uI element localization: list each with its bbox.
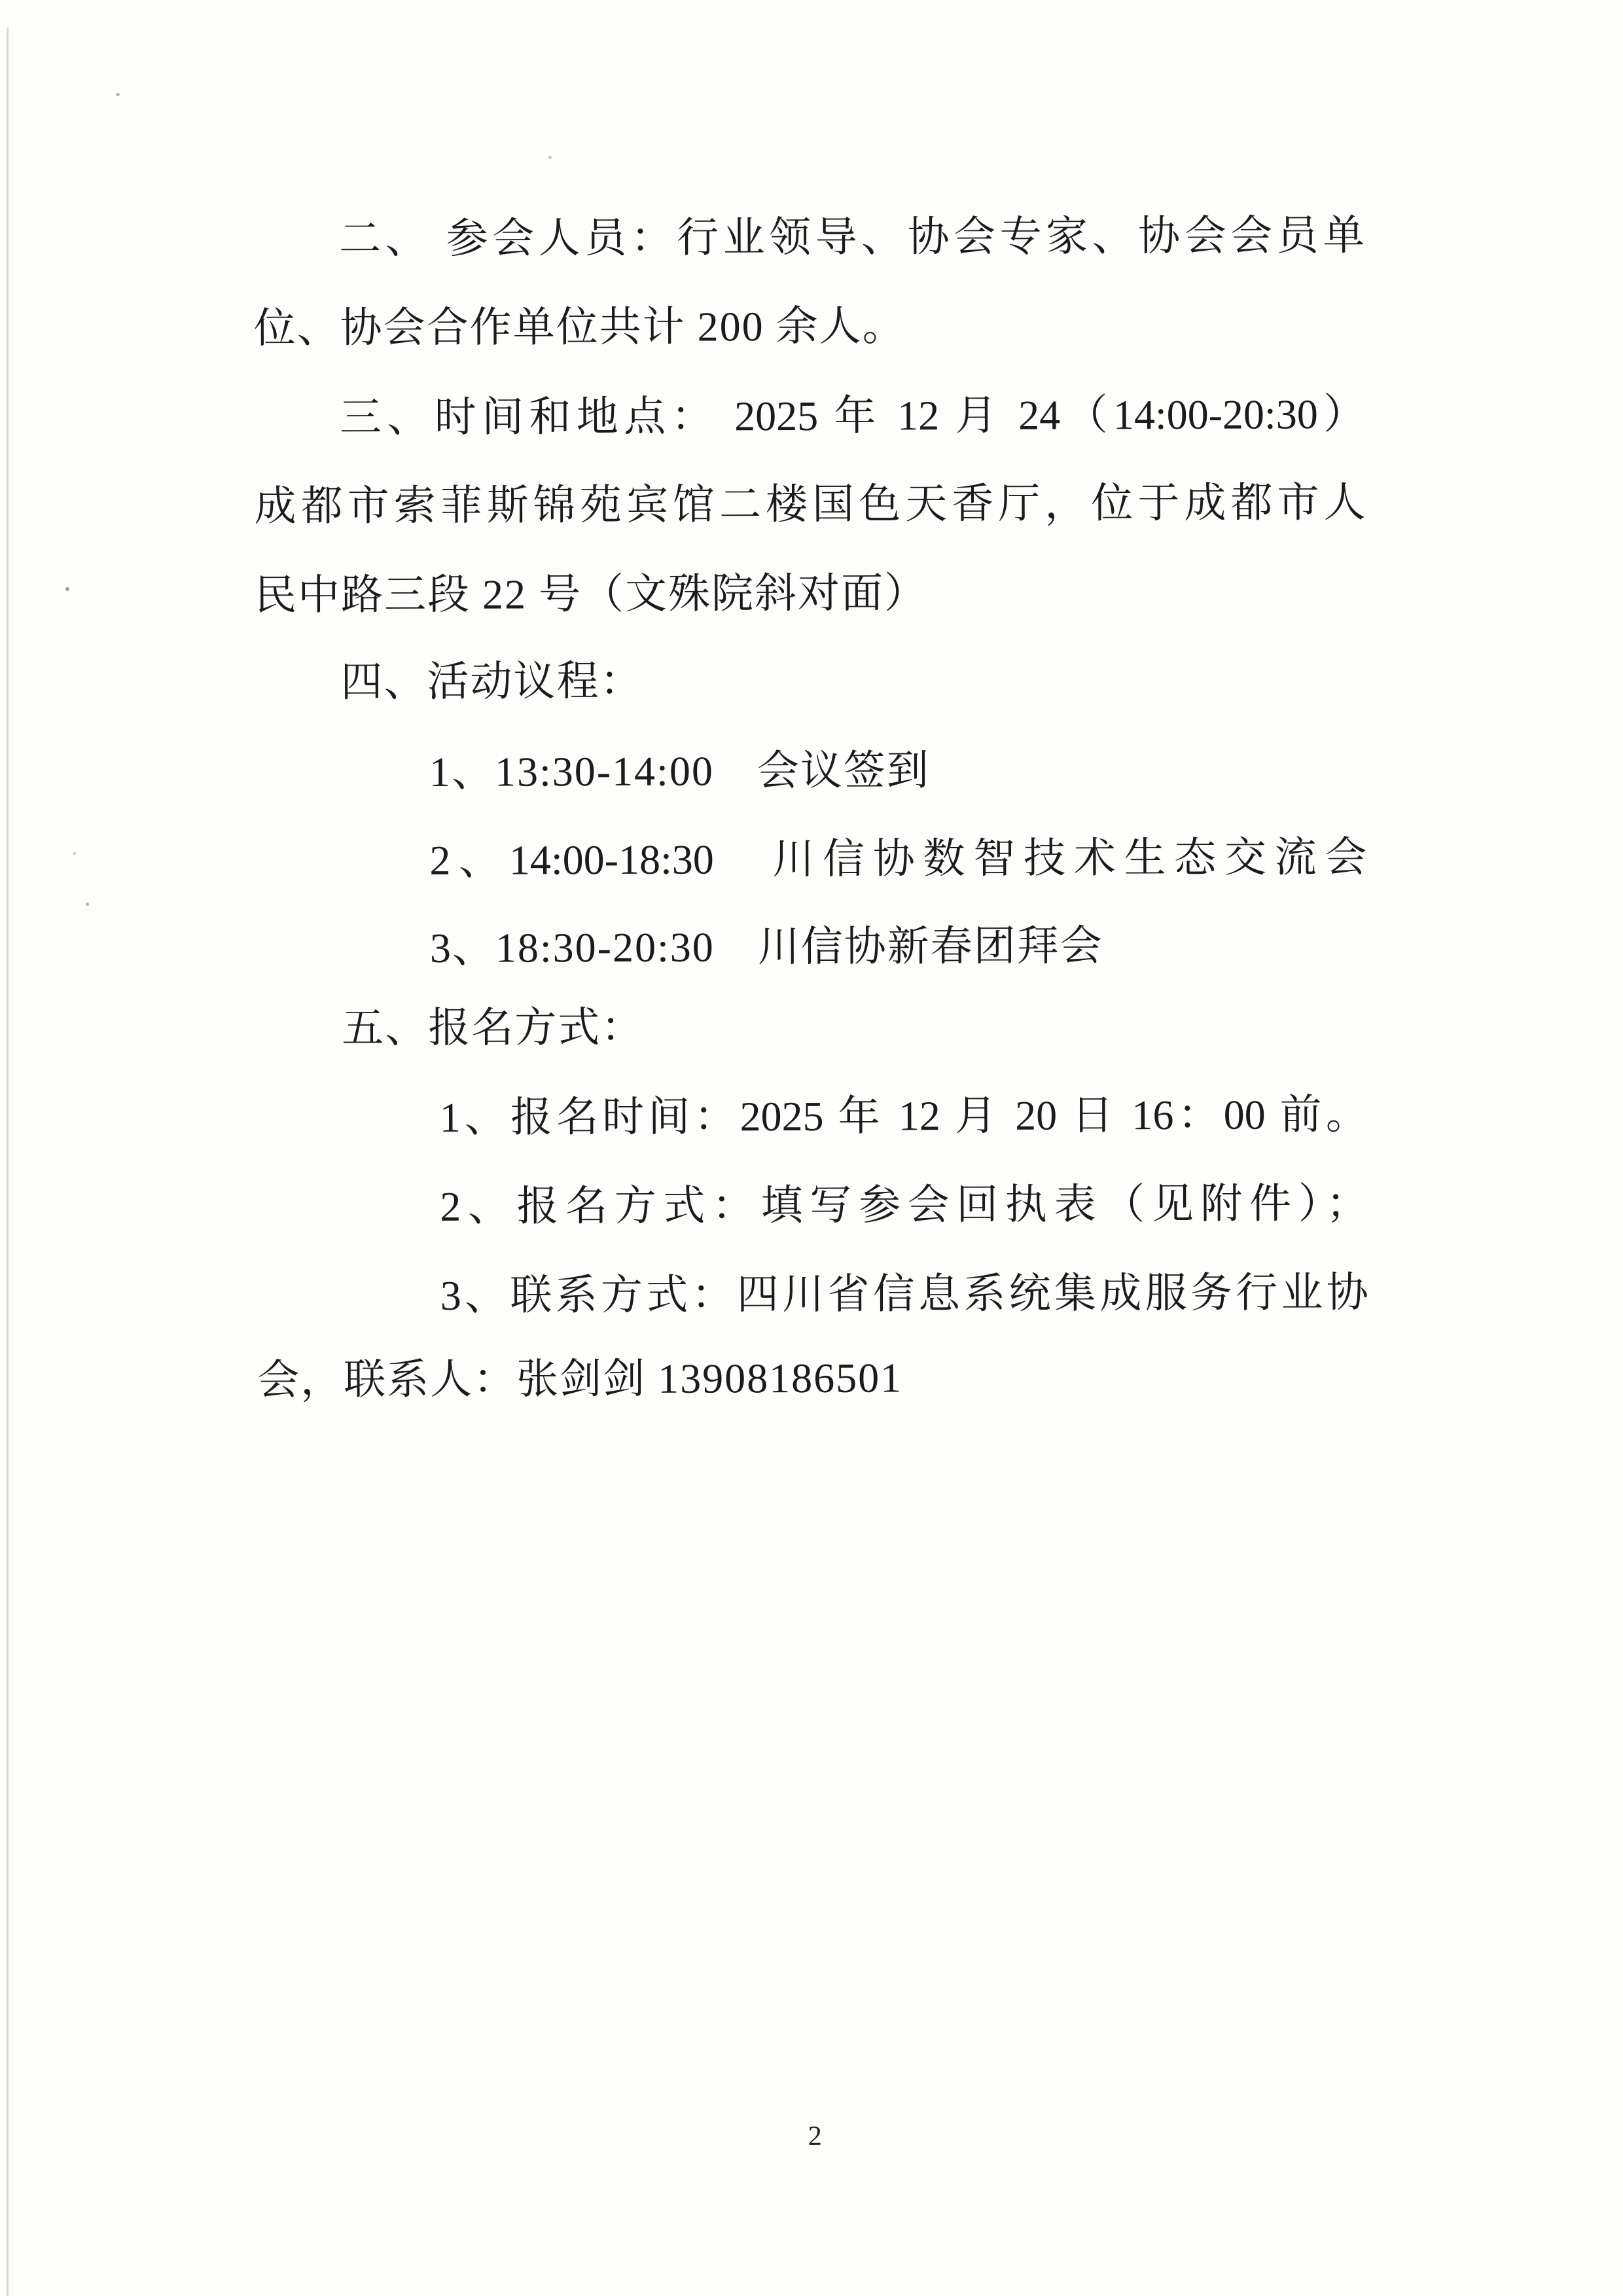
scan-speck bbox=[73, 852, 76, 855]
body-line: 民中路三段 22 号（文殊院斜对面） bbox=[255, 564, 927, 624]
body-line: 四、活动议程： bbox=[340, 653, 643, 711]
page-number: 2 bbox=[3, 2118, 1623, 2155]
body-line: 3、18:30-20:30 川信协新春团拜会 bbox=[430, 917, 1103, 977]
body-line: 五、报名方式： bbox=[342, 999, 644, 1058]
scan-speck bbox=[116, 93, 120, 96]
body-line: 3、联系方式：四川省信息系统集成服务行业协 bbox=[440, 1264, 1368, 1325]
body-line: 二、 参会人员：行业领导、协会专家、协会会员单 bbox=[339, 207, 1364, 268]
document-page: 二、 参会人员：行业领导、协会专家、协会会员单 位、协会合作单位共计 200 余… bbox=[0, 0, 1623, 2296]
body-line: 2、报名方式：填写参会回执表（见附件）； bbox=[440, 1175, 1368, 1236]
body-line: 成都市索菲斯锦苑宾馆二楼国色天香厅，位于成都市人 bbox=[254, 474, 1365, 535]
body-line: 会，联系人：张剑剑 13908186501 bbox=[257, 1350, 902, 1409]
scan-speck bbox=[65, 587, 69, 591]
scan-speck bbox=[86, 903, 89, 906]
scan-edge-line bbox=[7, 27, 9, 2296]
body-line: 1、13:30-14:00 会议签到 bbox=[429, 742, 930, 801]
body-line: 三、时间和地点： 2025 年 12 月 24（14:00-20:30） bbox=[340, 386, 1365, 446]
body-line: 2、14:00-18:30 川信协数智技术生态交流会 bbox=[429, 829, 1366, 889]
body-line: 1、报名时间：2025 年 12 月 20 日 16：00 前。 bbox=[440, 1086, 1368, 1147]
body-line: 位、协会合作单位共计 200 余人。 bbox=[253, 297, 905, 357]
scan-speck bbox=[548, 156, 552, 159]
